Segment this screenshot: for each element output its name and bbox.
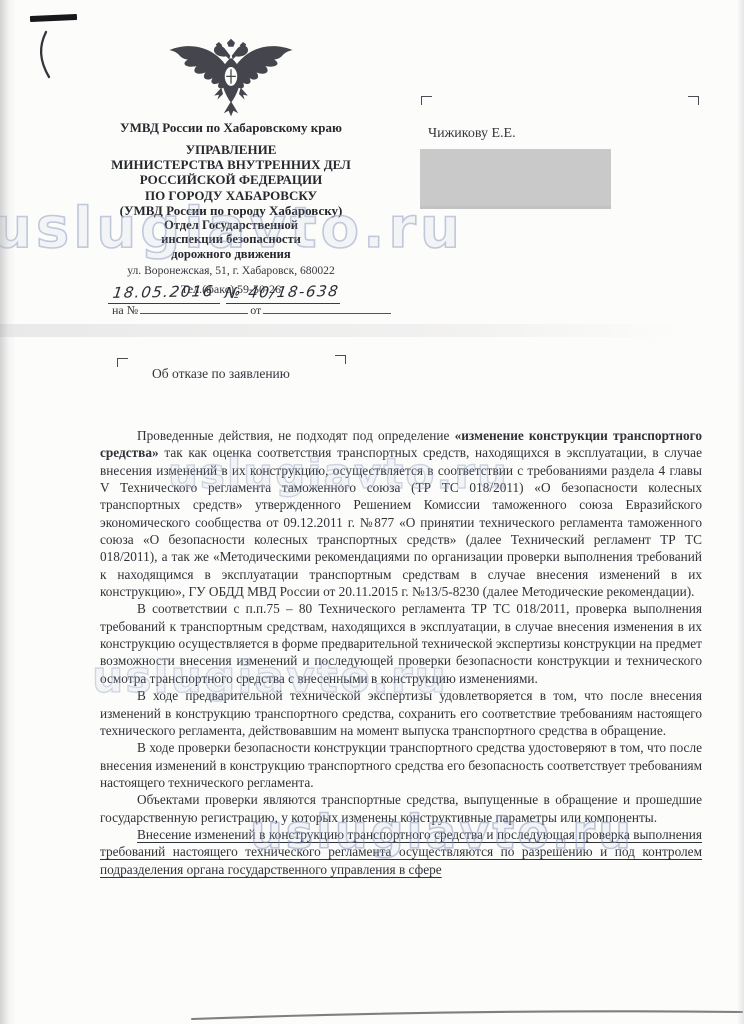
letterhead: УМВД России по Хабаровскому краю УПРАВЛЕ… (95, 38, 367, 297)
scanned-letter-page: { "colors": { "paper": "#fcfcfa", "ink":… (0, 0, 744, 1024)
subject-corner-mark-right (335, 355, 346, 364)
paragraph-4: В ходе проверки безопасности конструкции… (100, 739, 702, 791)
addressee-name: Чижикову Е.Е. (428, 126, 516, 142)
org-line: РОССИЙСКОЙ ФЕДЕРАЦИИ (95, 172, 367, 187)
paragraph-6-underlined: Внесение изменений в конструкцию транспо… (100, 826, 702, 878)
paragraph-2: В соответствии с п.п.75 – 80 Техническог… (100, 600, 702, 687)
ink-bar-mark (30, 14, 77, 22)
org-line: УПРАВЛЕНИЕ (95, 142, 367, 157)
ref-date-blank (263, 301, 391, 314)
org-line: ПО ГОРОДУ ХАБАРОВСКУ (95, 188, 367, 203)
addressee-corner-mark-left (421, 96, 432, 105)
scan-edge-right (737, 0, 744, 1024)
paragraph-1-rest: так как оценка соответствия транспортных… (100, 445, 702, 599)
dept-line: инспекции безопасности (95, 232, 367, 246)
handwritten-number: № 40/18-638 (224, 282, 341, 302)
dept-line: дорожного движения (95, 247, 367, 261)
subject-line: Об отказе по заявлению (152, 366, 290, 382)
ref-number-blank (140, 301, 248, 314)
subject-corner-mark-left (117, 358, 128, 367)
org-line: МИНИСТЕРСТВА ВНУТРЕННИХ ДЕЛ (95, 157, 367, 172)
scan-line-bottom (190, 1003, 744, 1023)
postal-address: ул. Воронежская, 51, г. Хабаровск, 68002… (95, 264, 367, 277)
letter-body: Проведенные действия, не подходят под оп… (100, 427, 702, 878)
reference-row: на №от (112, 301, 391, 318)
double-headed-eagle-icon (160, 38, 302, 118)
ref-from-label: от (250, 303, 261, 317)
pen-stroke-mark (36, 30, 58, 80)
handwritten-date: 18.05.2016 (112, 282, 216, 302)
org-line: (УМВД России по городу Хабаровску) (95, 203, 367, 218)
agency-name: УМВД России по Хабаровскому краю (95, 120, 367, 136)
paragraph-1-lead: Проведенные действия, не подходят под оп… (137, 428, 455, 443)
redaction-box (420, 149, 611, 209)
paragraph-1: Проведенные действия, не подходят под оп… (100, 427, 702, 600)
scan-edge-left (0, 0, 16, 1024)
paragraph-5: Объектами проверки являются транспортные… (100, 791, 702, 826)
paragraph-3: В ходе предварительной технической экспе… (100, 687, 702, 739)
scan-shadow-band (0, 324, 744, 337)
ref-number-label: на № (112, 303, 138, 317)
addressee-corner-mark-right (688, 96, 699, 105)
dept-line: Отдел Государственной (95, 218, 367, 232)
